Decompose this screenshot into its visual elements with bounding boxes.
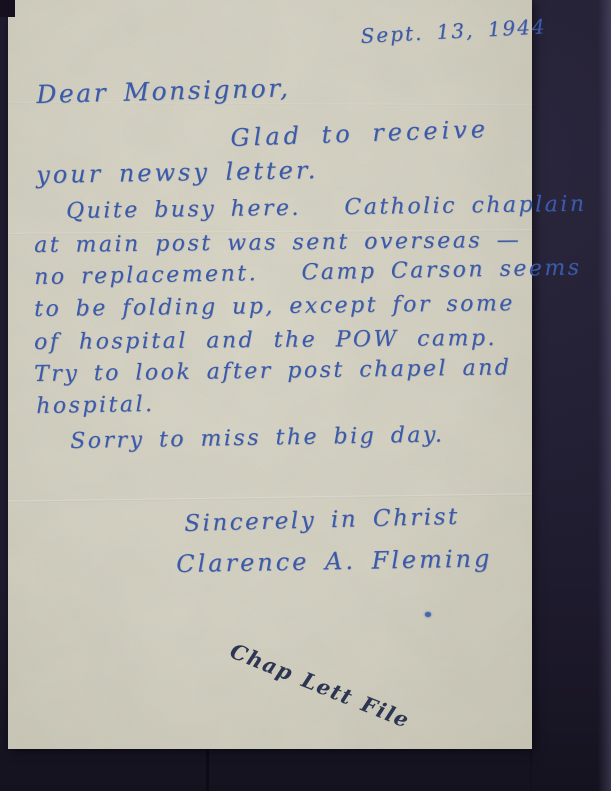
handwritten-line: of hospital and the POW camp. — [34, 326, 497, 355]
handwritten-line: at main post was sent overseas — — [34, 228, 521, 258]
scan-edge-highlight — [598, 0, 611, 791]
handwritten-line: your newsy letter. — [36, 156, 319, 189]
scanned-letter-page: Sept. 13, 1944 Dear Monsignor, Glad to r… — [0, 0, 611, 791]
letter-paper: Sept. 13, 1944 Dear Monsignor, Glad to r… — [8, 0, 532, 749]
background-seam — [206, 747, 209, 791]
scan-corner-notch — [0, 0, 15, 17]
ink-dot — [425, 612, 431, 617]
handwritten-line: hospital. — [36, 392, 155, 419]
background-seam — [530, 745, 532, 791]
letter-signature: Clarence A. Fleming — [176, 544, 493, 578]
